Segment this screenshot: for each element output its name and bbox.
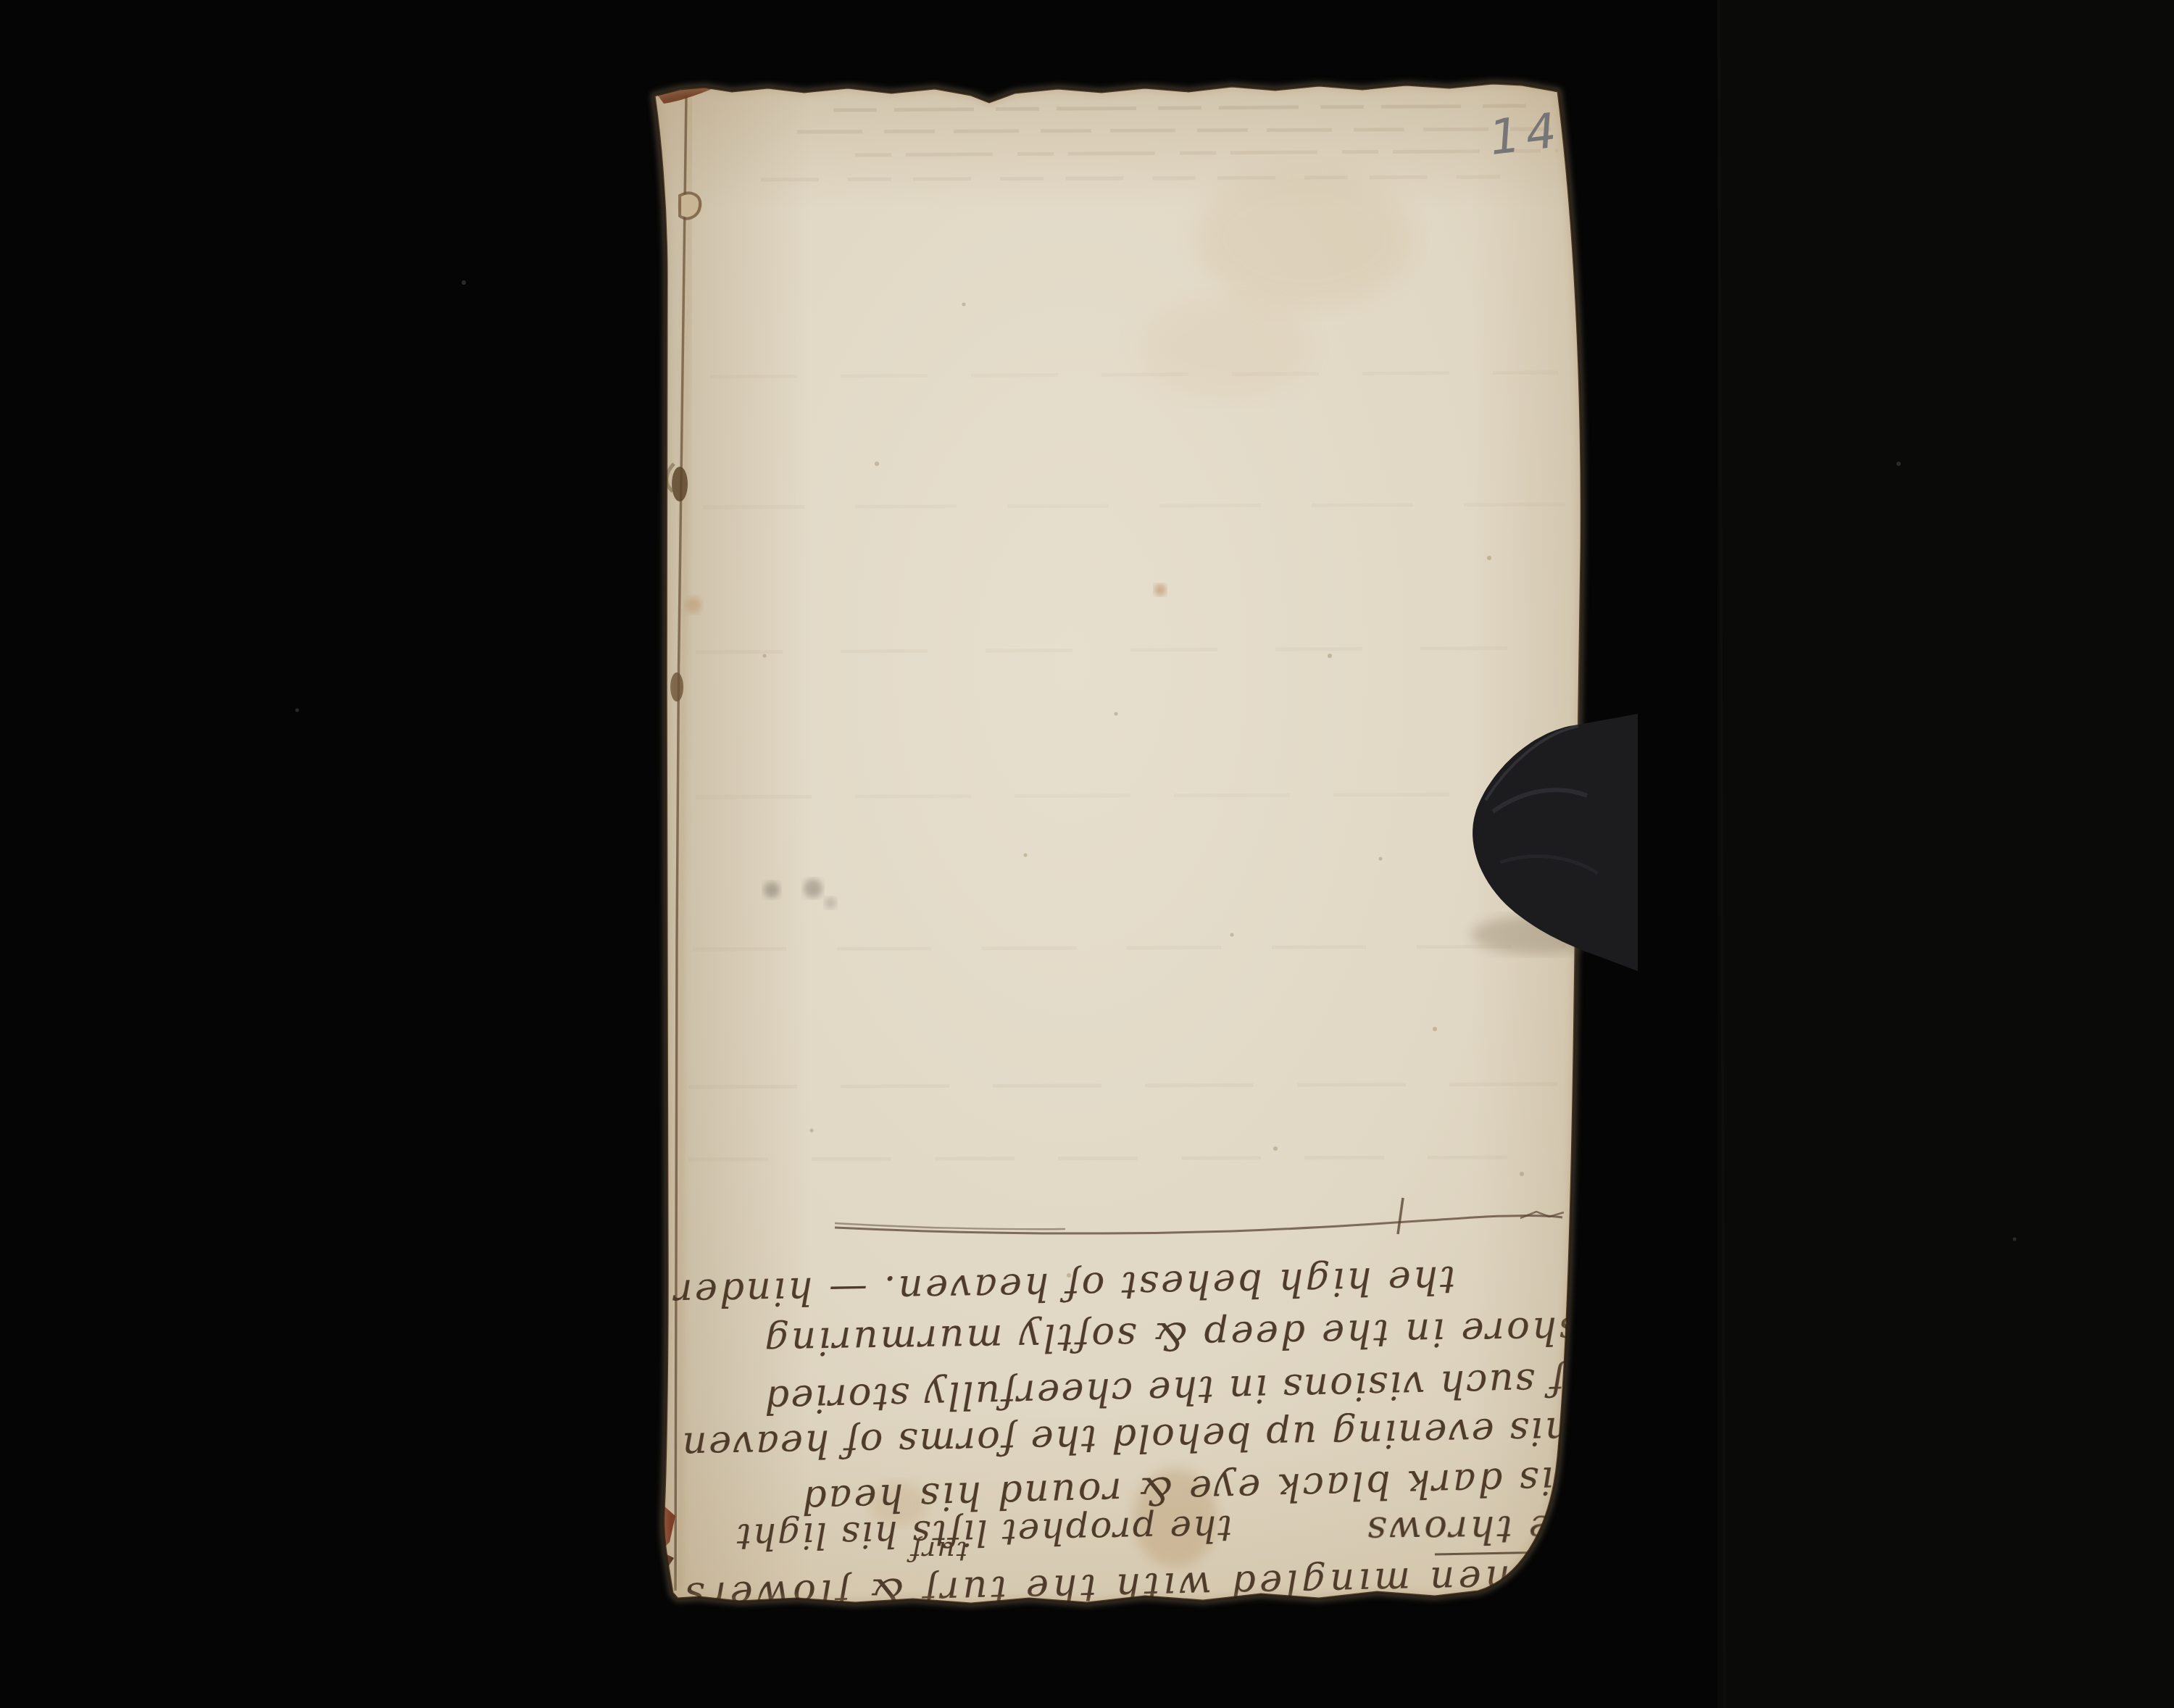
manuscript-photograph: When mingled with the turf & flowers he … bbox=[0, 0, 2174, 1708]
sewing-station bbox=[672, 467, 688, 501]
ink-smudge bbox=[804, 879, 822, 898]
rust-spot bbox=[1154, 584, 1166, 596]
page-stain bbox=[1196, 170, 1413, 308]
interlinear-insertion: turf bbox=[907, 1536, 967, 1567]
ink-smudge bbox=[764, 882, 780, 898]
sewing-station bbox=[670, 672, 683, 701]
rust-spot bbox=[686, 597, 701, 613]
photo-canvas: When mingled with the turf & flowers he … bbox=[0, 0, 2174, 1708]
page-stain bbox=[1138, 297, 1312, 399]
top-shading bbox=[652, 80, 1594, 210]
ink-smudge bbox=[825, 897, 836, 909]
backdrop-right-band bbox=[1717, 0, 2174, 1708]
